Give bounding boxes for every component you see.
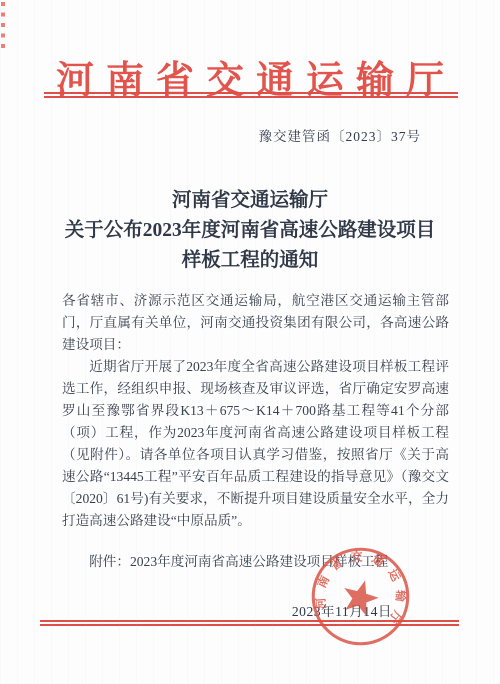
seal-inner: 河南省交通运输厅: [308, 544, 413, 634]
left-edge-scan-artifact: [1, 2, 5, 52]
document-page: 河南省交通运输厅 豫交建管函〔2023〕37号 河南省交通运输厅 关于公布202…: [0, 0, 500, 684]
official-seal: 河南省交通运输厅: [308, 544, 413, 649]
document-number: 豫交建管函〔2023〕37号: [259, 125, 422, 145]
main-paragraph: 近期省厅开展了2023年度全省高速公路建设项目样板工程评选工作，经组织申报、现场…: [62, 356, 449, 532]
notice-title-line1: 河南省交通运输厅: [0, 186, 500, 216]
header-divider: [44, 92, 458, 98]
recipients-paragraph: 各省辖市、济源示范区交通运输局，航空港区交通运输主管部门，厅直属有关单位，河南交…: [62, 290, 449, 356]
header-divider-thick-line: [44, 96, 458, 99]
seal-star-icon: [339, 576, 383, 618]
notice-title: 河南省交通运输厅 关于公布2023年度河南省高速公路建设项目 样板工程的通知: [0, 186, 500, 276]
header-divider-thin-line: [44, 92, 458, 94]
notice-title-line2: 关于公布2023年度河南省高速公路建设项目: [0, 216, 500, 246]
body-text: 各省辖市、济源示范区交通运输局，航空港区交通运输主管部门，厅直属有关单位，河南交…: [62, 290, 449, 532]
notice-title-line3: 样板工程的通知: [0, 246, 500, 276]
